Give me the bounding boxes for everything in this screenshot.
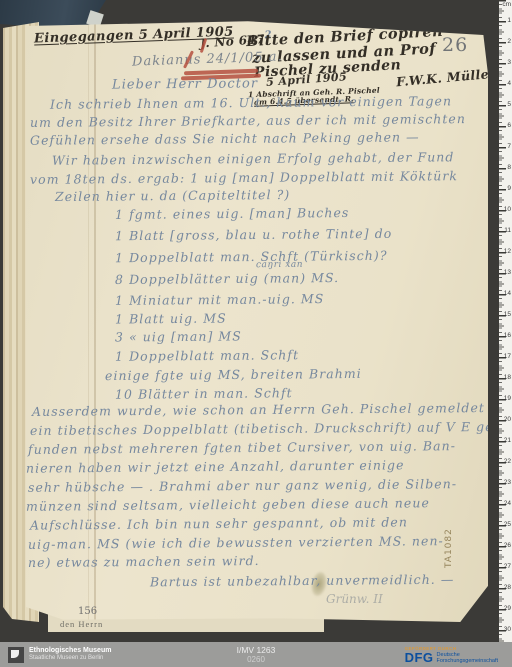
find-list-item: 1 Miniatur mit man.-uig. MS bbox=[115, 291, 324, 308]
salutation: Lieber Herr Doctor bbox=[112, 76, 258, 92]
letter-signature: Grünw. II bbox=[326, 592, 383, 606]
ruler-number: 10 bbox=[504, 206, 511, 214]
find-list-item: 1 Doppelblatt man. Schft (Türkisch)? bbox=[115, 248, 388, 265]
funding-block: GEFÖRDERT DURCH DFG Deutsche Forschungsg… bbox=[405, 646, 498, 664]
museum-branding: Ethnologisches Museum Staatliche Museen … bbox=[8, 647, 111, 663]
letter-page: Eingegangen 5 April 1905 J. No 6472 26 B… bbox=[26, 20, 488, 622]
ruler-number: 23 bbox=[504, 479, 511, 487]
ruler-number: 30 bbox=[504, 626, 511, 634]
ruler-number: 29 bbox=[504, 605, 511, 613]
ruler-number: 9 bbox=[507, 185, 511, 193]
find-list-item: 1 Doppelblatt man. Schft bbox=[115, 347, 299, 364]
body-line: Ich schrieb Ihnen am 16. Ult., kaum vor … bbox=[50, 93, 452, 112]
find-list-item: 1 fgmt. eines uig. [man] Buches bbox=[115, 205, 349, 222]
ruler-number: 17 bbox=[504, 353, 511, 361]
ruler-number: 13 bbox=[504, 269, 511, 277]
body-line: funden nebst mehreren fgten tibet Cursiv… bbox=[28, 438, 456, 457]
ruler-number: 12 bbox=[504, 248, 511, 256]
body-line: um den Besitz Ihrer Briefkarte, aus der … bbox=[30, 111, 466, 130]
body-line: ne) etwas zu machen sein wird. bbox=[28, 553, 260, 570]
ruler-number: 25 bbox=[504, 521, 511, 529]
ruler-number: 4 bbox=[507, 80, 511, 88]
ruler-number: 18 bbox=[504, 374, 511, 382]
find-list-item: einige fgte uig MS, breiten Brahmi bbox=[105, 366, 362, 383]
ruler-number: 14 bbox=[504, 290, 511, 298]
vertical-shelfmark: TA1082 bbox=[444, 528, 454, 568]
body-line: Wir haben inzwischen einigen Erfolg geha… bbox=[52, 149, 455, 168]
find-list-item: 1 Blatt [gross, blau u. rothe Tinte] do bbox=[115, 226, 392, 243]
find-list-item: 8 Doppelblätter uig (man) MS. bbox=[115, 270, 339, 287]
museum-logo-icon bbox=[8, 647, 24, 663]
archival-scan-view: den Herrn Eingegangen 5 April 1905 J. No… bbox=[0, 0, 512, 667]
ruler-number: 7 bbox=[507, 143, 511, 151]
list-annotation: caŋri xan bbox=[256, 260, 303, 270]
body-line: Zeilen hier u. da (Capiteltitel ?) bbox=[55, 187, 290, 204]
ruler-number: 15 bbox=[504, 311, 511, 319]
ruler-number: 24 bbox=[504, 500, 511, 508]
ruler-number: 8 bbox=[507, 164, 511, 172]
museum-name: Ethnologisches Museum bbox=[29, 647, 111, 655]
body-line: sehr hübsche — . Brahmi aber nur ganz we… bbox=[28, 476, 457, 495]
body-line: ein tibetisches Doppelblatt (tibetisch. … bbox=[30, 419, 499, 438]
find-list-item: 1 Blatt uig. MS bbox=[115, 311, 227, 327]
typed-fragment: den Herrn bbox=[60, 619, 103, 629]
find-list-item: 3 « uig [man] MS bbox=[115, 328, 242, 344]
ruler-number: 28 bbox=[504, 584, 511, 592]
body-line: uig-man. MS (wie ich die bewussten verzi… bbox=[28, 533, 444, 552]
body-line: Aufschlüsse. Ich bin nun sehr gespannt, … bbox=[30, 514, 408, 532]
mueller-signature: F.W.K. Müller bbox=[396, 66, 497, 90]
ruler-number: 26 bbox=[504, 542, 511, 550]
ruler-number: 1 bbox=[507, 17, 511, 25]
dfg-logo: DFG bbox=[405, 652, 434, 664]
ruler-number: 11 bbox=[504, 227, 511, 235]
body-line: Gefühlen ersehe dass Sie nicht nach Peki… bbox=[30, 129, 420, 147]
pencil-foliation-number: 156 bbox=[78, 606, 97, 617]
body-line: Ausserdem wurde, wie schon an Herrn Geh.… bbox=[32, 400, 485, 419]
ruler-number: 5 bbox=[507, 101, 511, 109]
ruler-number: 6 bbox=[507, 122, 511, 130]
museum-organization: Staatliche Museen zu Berlin bbox=[29, 655, 111, 662]
ruler: cm 1234567891011121314151617181920212223… bbox=[499, 0, 512, 642]
ruler-number: 3 bbox=[507, 59, 511, 67]
page-number-stamp: 26 bbox=[442, 34, 468, 56]
footer-bar: Ethnologisches Museum Staatliche Museen … bbox=[0, 642, 512, 667]
body-line: münzen sind seltsam, vielleicht geben di… bbox=[26, 495, 430, 514]
ruler-number: 16 bbox=[504, 332, 511, 340]
ruler-number: 21 bbox=[504, 437, 511, 445]
ruler-number: 20 bbox=[504, 416, 511, 424]
ruler-number: 22 bbox=[504, 458, 511, 466]
ruler-unit-label: cm bbox=[502, 1, 511, 8]
funder-name-line2: Forschungsgemeinschaft bbox=[437, 658, 498, 664]
body-line: nieren haben wir jetzt eine Anzahl, daru… bbox=[26, 457, 405, 475]
closing-line: Bartus ist unbezahlbar, unvermeidlich. — bbox=[150, 572, 454, 590]
ruler-number: 27 bbox=[504, 563, 511, 571]
find-list-item: 10 Blätter in man. Schft bbox=[115, 385, 293, 402]
ruler-number: 19 bbox=[504, 395, 511, 403]
body-line: vom 18ten ds. ergab: 1 uig [man] Doppelb… bbox=[30, 168, 458, 187]
ruler-number: 2 bbox=[507, 38, 511, 46]
